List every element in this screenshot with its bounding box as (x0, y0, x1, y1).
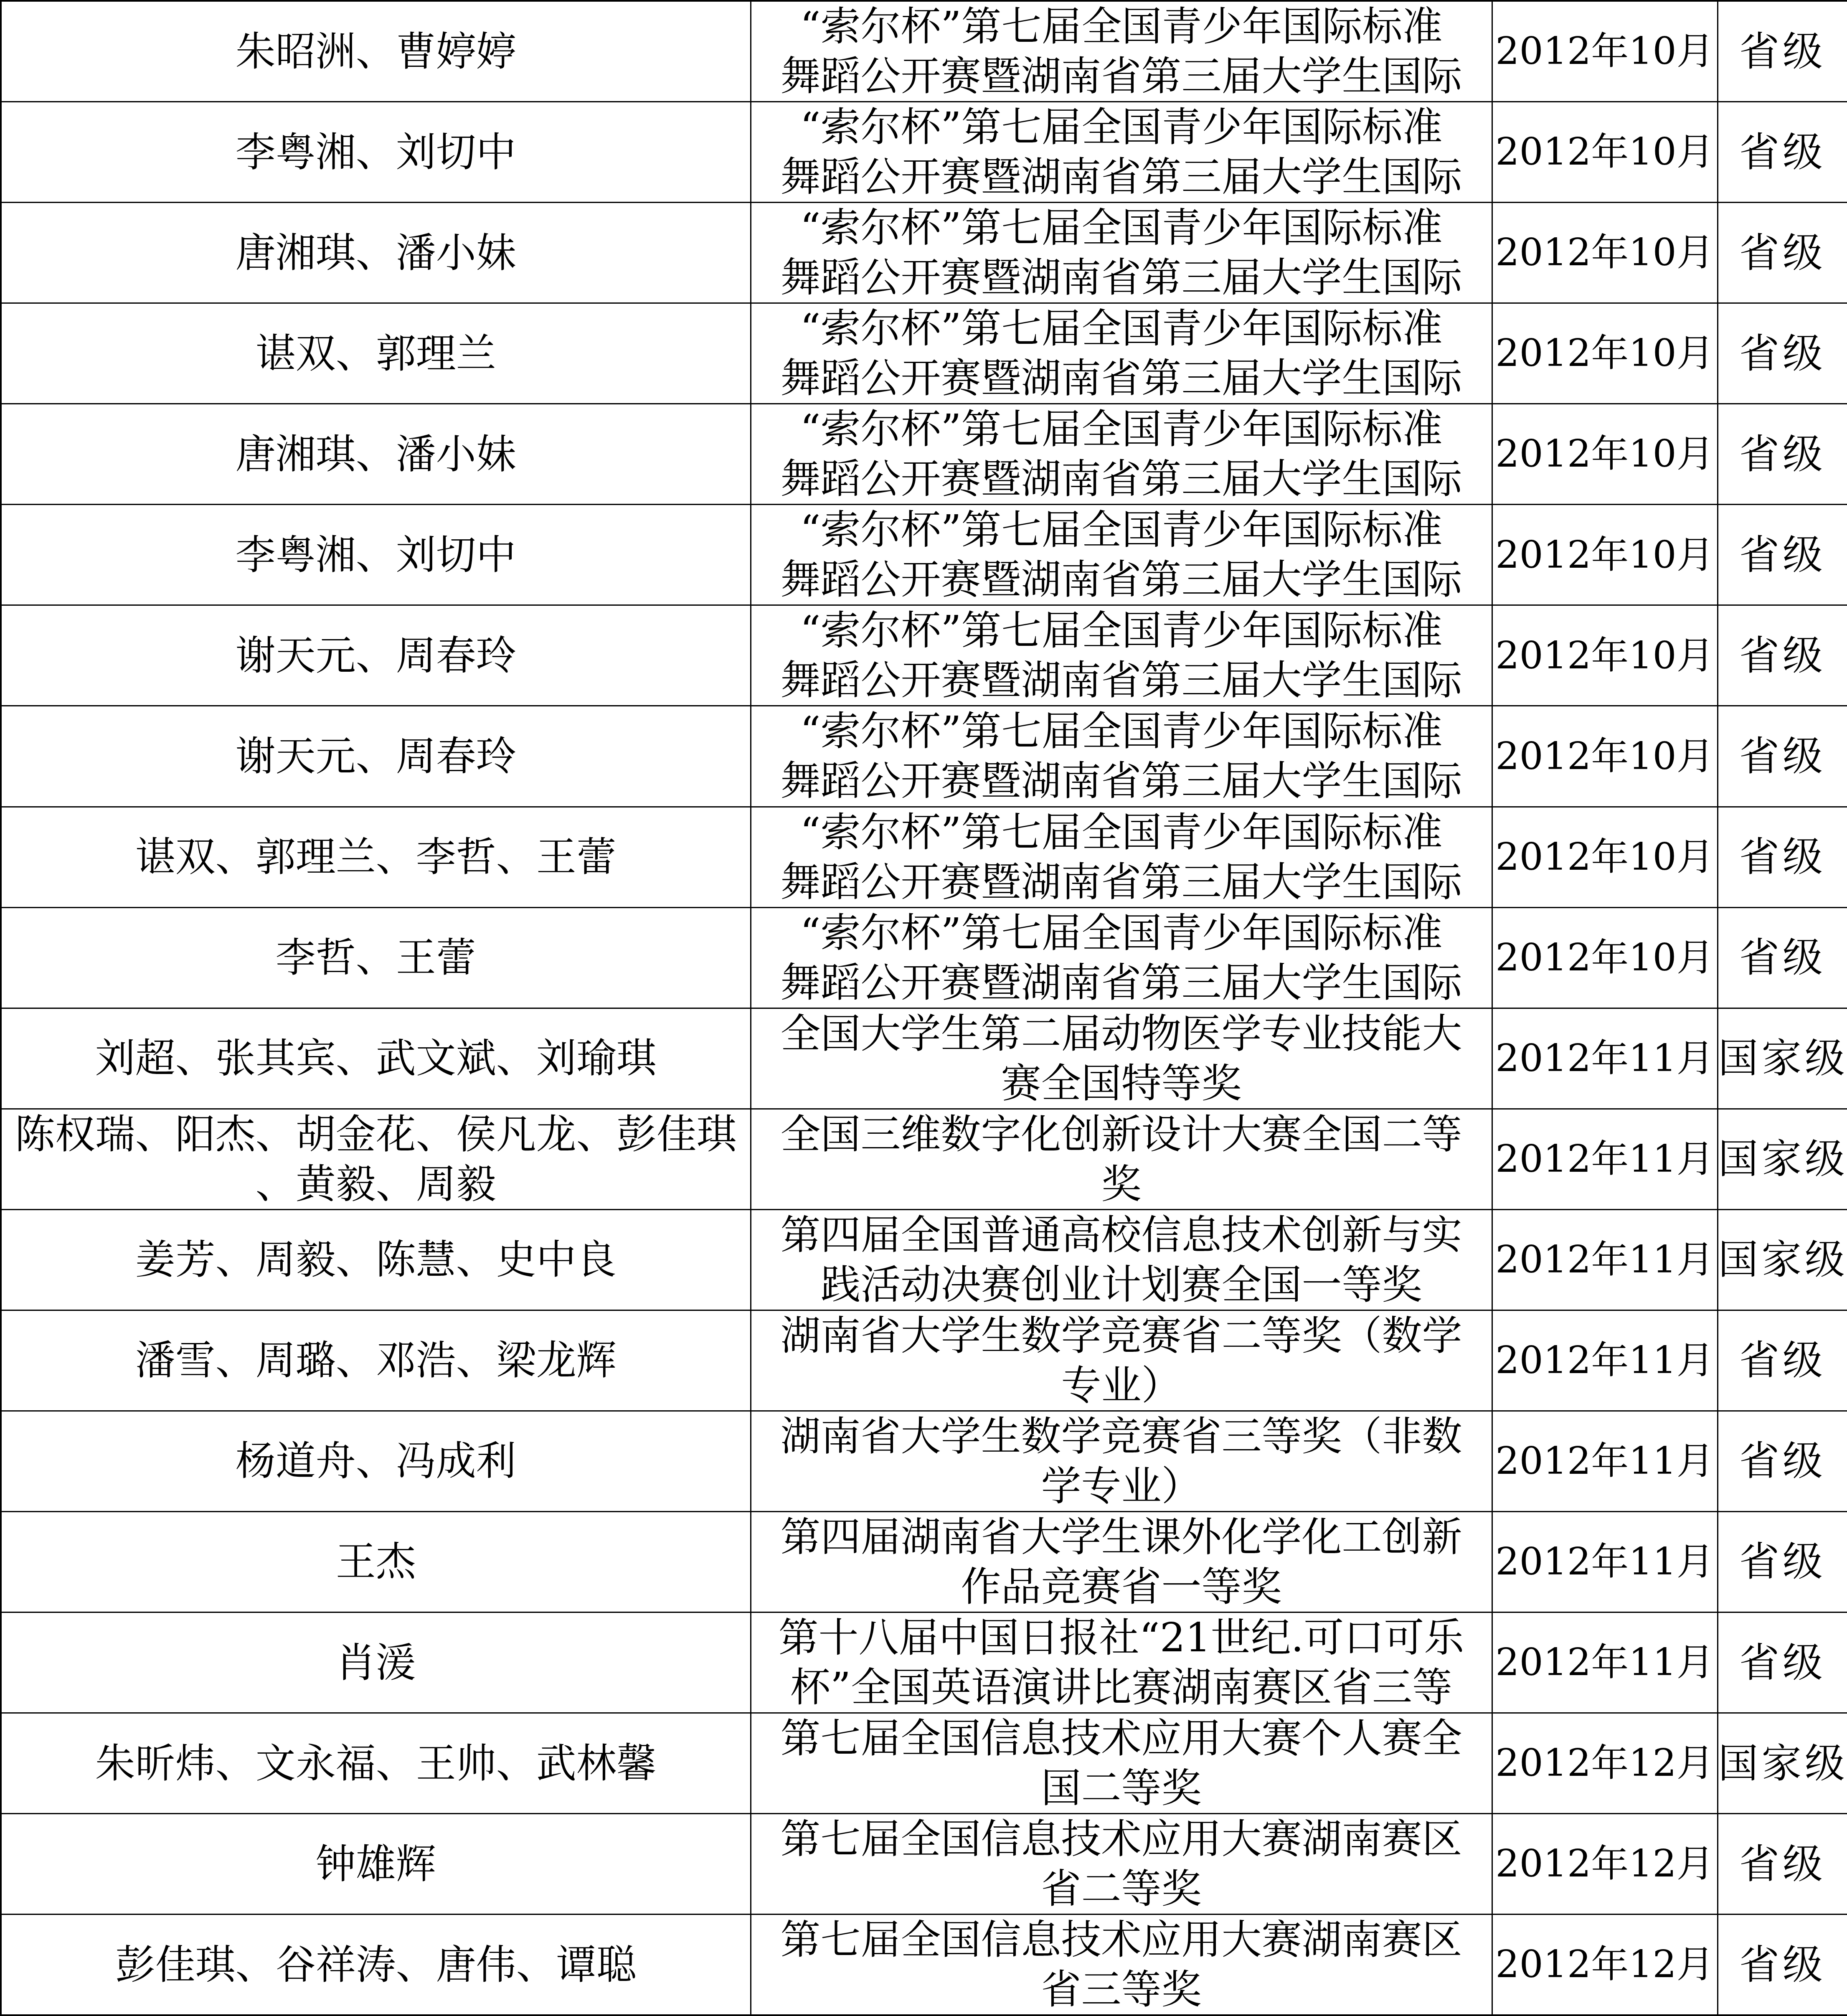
award-title-cell: “索尔杯”第七届全国青少年国际标准 舞蹈公开赛暨湖南省第三届大学生国际 (751, 807, 1492, 907)
award-level-cell: 省级 (1718, 1411, 1847, 1511)
table-row: 钟雄辉 第七届全国信息技术应用大赛湖南赛区 省二等奖 2012年12月 省级 (1, 1814, 1847, 1914)
award-title-cell: “索尔杯”第七届全国青少年国际标准 舞蹈公开赛暨湖南省第三届大学生国际 (751, 505, 1492, 605)
award-date-cell: 2012年10月 (1492, 907, 1718, 1008)
table-row: 潘雪、周璐、邓浩、梁龙辉 湖南省大学生数学竞赛省二等奖（数学 专业） 2012年… (1, 1310, 1847, 1411)
table-row: 谢天元、周春玲 “索尔杯”第七届全国青少年国际标准 舞蹈公开赛暨湖南省第三届大学… (1, 706, 1847, 807)
award-date-cell: 2012年11月 (1492, 1008, 1718, 1109)
table-row: 李哲、王蕾 “索尔杯”第七届全国青少年国际标准 舞蹈公开赛暨湖南省第三届大学生国… (1, 907, 1847, 1008)
winner-names-cell: 李粤湘、刘切中 (1, 505, 751, 605)
table-row: 刘超、张其宾、武文斌、刘瑜琪 全国大学生第二届动物医学专业技能大 赛全国特等奖 … (1, 1008, 1847, 1109)
table-row: 唐湘琪、潘小妹 “索尔杯”第七届全国青少年国际标准 舞蹈公开赛暨湖南省第三届大学… (1, 203, 1847, 303)
award-title-cell: 第七届全国信息技术应用大赛湖南赛区 省三等奖 (751, 1914, 1492, 2016)
award-level-cell: 省级 (1718, 505, 1847, 605)
award-level-cell: 省级 (1718, 1310, 1847, 1411)
awards-table-body: 朱昭洲、曹婷婷 “索尔杯”第七届全国青少年国际标准 舞蹈公开赛暨湖南省第三届大学… (1, 1, 1847, 2015)
winner-names-cell: 谢天元、周春玲 (1, 605, 751, 706)
award-date-cell: 2012年10月 (1492, 706, 1718, 807)
award-title-cell: “索尔杯”第七届全国青少年国际标准 舞蹈公开赛暨湖南省第三届大学生国际 (751, 1, 1492, 102)
table-row: 姜芳、周毅、陈慧、史中良 第四届全国普通高校信息技术创新与实 践活动决赛创业计划… (1, 1209, 1847, 1310)
award-title-cell: 湖南省大学生数学竞赛省三等奖（非数 学专业） (751, 1411, 1492, 1511)
award-level-cell: 省级 (1718, 605, 1847, 706)
award-date-cell: 2012年11月 (1492, 1209, 1718, 1310)
award-date-cell: 2012年10月 (1492, 102, 1718, 203)
award-date-cell: 2012年10月 (1492, 605, 1718, 706)
table-row: 谢天元、周春玲 “索尔杯”第七届全国青少年国际标准 舞蹈公开赛暨湖南省第三届大学… (1, 605, 1847, 706)
table-row: 李粤湘、刘切中 “索尔杯”第七届全国青少年国际标准 舞蹈公开赛暨湖南省第三届大学… (1, 505, 1847, 605)
award-date-cell: 2012年11月 (1492, 1511, 1718, 1612)
award-level-cell: 省级 (1718, 102, 1847, 203)
winner-names-cell: 唐湘琪、潘小妹 (1, 203, 751, 303)
winner-names-cell: 刘超、张其宾、武文斌、刘瑜琪 (1, 1008, 751, 1109)
award-title-cell: 湖南省大学生数学竞赛省二等奖（数学 专业） (751, 1310, 1492, 1411)
winner-names-cell: 李粤湘、刘切中 (1, 102, 751, 203)
award-level-cell: 省级 (1718, 203, 1847, 303)
award-date-cell: 2012年10月 (1492, 1, 1718, 102)
winner-names-cell: 李哲、王蕾 (1, 907, 751, 1008)
award-level-cell: 省级 (1718, 303, 1847, 404)
award-level-cell: 省级 (1718, 807, 1847, 907)
winner-names-cell: 钟雄辉 (1, 1814, 751, 1914)
table-row: 陈权瑞、阳杰、胡金花、侯凡龙、彭佳琪 、黄毅、周毅 全国三维数字化创新设计大赛全… (1, 1109, 1847, 1209)
award-date-cell: 2012年10月 (1492, 505, 1718, 605)
table-row: 朱昭洲、曹婷婷 “索尔杯”第七届全国青少年国际标准 舞蹈公开赛暨湖南省第三届大学… (1, 1, 1847, 102)
winner-names-cell: 彭佳琪、谷祥涛、唐伟、谭聪 (1, 1914, 751, 2016)
table-row: 杨道舟、冯成利 湖南省大学生数学竞赛省三等奖（非数 学专业） 2012年11月 … (1, 1411, 1847, 1511)
award-date-cell: 2012年10月 (1492, 203, 1718, 303)
award-title-cell: 第四届湖南省大学生课外化学化工创新 作品竞赛省一等奖 (751, 1511, 1492, 1612)
awards-table: 朱昭洲、曹婷婷 “索尔杯”第七届全国青少年国际标准 舞蹈公开赛暨湖南省第三届大学… (0, 0, 1847, 2016)
award-title-cell: “索尔杯”第七届全国青少年国际标准 舞蹈公开赛暨湖南省第三届大学生国际 (751, 907, 1492, 1008)
winner-names-cell: 朱昕炜、文永福、王帅、武林馨 (1, 1713, 751, 1814)
award-level-cell: 省级 (1718, 907, 1847, 1008)
award-level-cell: 省级 (1718, 706, 1847, 807)
award-title-cell: “索尔杯”第七届全国青少年国际标准 舞蹈公开赛暨湖南省第三届大学生国际 (751, 102, 1492, 203)
winner-names-cell: 陈权瑞、阳杰、胡金花、侯凡龙、彭佳琪 、黄毅、周毅 (1, 1109, 751, 1209)
award-level-cell: 国家级 (1718, 1209, 1847, 1310)
winner-names-cell: 潘雪、周璐、邓浩、梁龙辉 (1, 1310, 751, 1411)
award-title-cell: 第四届全国普通高校信息技术创新与实 践活动决赛创业计划赛全国一等奖 (751, 1209, 1492, 1310)
winner-names-cell: 谢天元、周春玲 (1, 706, 751, 807)
award-title-cell: 第七届全国信息技术应用大赛湖南赛区 省二等奖 (751, 1814, 1492, 1914)
award-date-cell: 2012年12月 (1492, 1814, 1718, 1914)
award-level-cell: 国家级 (1718, 1008, 1847, 1109)
award-level-cell: 省级 (1718, 404, 1847, 505)
award-level-cell: 省级 (1718, 1814, 1847, 1914)
award-level-cell: 省级 (1718, 1612, 1847, 1713)
award-title-cell: “索尔杯”第七届全国青少年国际标准 舞蹈公开赛暨湖南省第三届大学生国际 (751, 404, 1492, 505)
table-row: 朱昕炜、文永福、王帅、武林馨 第七届全国信息技术应用大赛个人赛全 国二等奖 20… (1, 1713, 1847, 1814)
award-level-cell: 国家级 (1718, 1713, 1847, 1814)
award-date-cell: 2012年12月 (1492, 1914, 1718, 2016)
award-title-cell: “索尔杯”第七届全国青少年国际标准 舞蹈公开赛暨湖南省第三届大学生国际 (751, 303, 1492, 404)
award-date-cell: 2012年10月 (1492, 404, 1718, 505)
winner-names-cell: 肖湲 (1, 1612, 751, 1713)
award-title-cell: 全国大学生第二届动物医学专业技能大 赛全国特等奖 (751, 1008, 1492, 1109)
award-title-cell: 第十八届中国日报社“21世纪.可口可乐 杯”全国英语演讲比赛湖南赛区省三等 (751, 1612, 1492, 1713)
winner-names-cell: 王杰 (1, 1511, 751, 1612)
winner-names-cell: 谌双、郭理兰、李哲、王蕾 (1, 807, 751, 907)
winner-names-cell: 姜芳、周毅、陈慧、史中良 (1, 1209, 751, 1310)
award-level-cell: 省级 (1718, 1511, 1847, 1612)
winner-names-cell: 朱昭洲、曹婷婷 (1, 1, 751, 102)
table-row: 唐湘琪、潘小妹 “索尔杯”第七届全国青少年国际标准 舞蹈公开赛暨湖南省第三届大学… (1, 404, 1847, 505)
award-date-cell: 2012年11月 (1492, 1109, 1718, 1209)
winner-names-cell: 唐湘琪、潘小妹 (1, 404, 751, 505)
award-date-cell: 2012年12月 (1492, 1713, 1718, 1814)
award-level-cell: 国家级 (1718, 1109, 1847, 1209)
table-row: 谌双、郭理兰 “索尔杯”第七届全国青少年国际标准 舞蹈公开赛暨湖南省第三届大学生… (1, 303, 1847, 404)
table-row: 彭佳琪、谷祥涛、唐伟、谭聪 第七届全国信息技术应用大赛湖南赛区 省三等奖 201… (1, 1914, 1847, 2016)
winner-names-cell: 谌双、郭理兰 (1, 303, 751, 404)
award-date-cell: 2012年11月 (1492, 1310, 1718, 1411)
award-level-cell: 省级 (1718, 1, 1847, 102)
award-date-cell: 2012年10月 (1492, 303, 1718, 404)
award-date-cell: 2012年11月 (1492, 1612, 1718, 1713)
table-row: 谌双、郭理兰、李哲、王蕾 “索尔杯”第七届全国青少年国际标准 舞蹈公开赛暨湖南省… (1, 807, 1847, 907)
award-date-cell: 2012年11月 (1492, 1411, 1718, 1511)
table-row: 肖湲 第十八届中国日报社“21世纪.可口可乐 杯”全国英语演讲比赛湖南赛区省三等… (1, 1612, 1847, 1713)
award-level-cell: 省级 (1718, 1914, 1847, 2016)
table-row: 王杰 第四届湖南省大学生课外化学化工创新 作品竞赛省一等奖 2012年11月 省… (1, 1511, 1847, 1612)
award-title-cell: “索尔杯”第七届全国青少年国际标准 舞蹈公开赛暨湖南省第三届大学生国际 (751, 605, 1492, 706)
award-title-cell: 第七届全国信息技术应用大赛个人赛全 国二等奖 (751, 1713, 1492, 1814)
award-title-cell: “索尔杯”第七届全国青少年国际标准 舞蹈公开赛暨湖南省第三届大学生国际 (751, 706, 1492, 807)
award-title-cell: 全国三维数字化创新设计大赛全国二等 奖 (751, 1109, 1492, 1209)
award-title-cell: “索尔杯”第七届全国青少年国际标准 舞蹈公开赛暨湖南省第三届大学生国际 (751, 203, 1492, 303)
winner-names-cell: 杨道舟、冯成利 (1, 1411, 751, 1511)
award-date-cell: 2012年10月 (1492, 807, 1718, 907)
table-row: 李粤湘、刘切中 “索尔杯”第七届全国青少年国际标准 舞蹈公开赛暨湖南省第三届大学… (1, 102, 1847, 203)
